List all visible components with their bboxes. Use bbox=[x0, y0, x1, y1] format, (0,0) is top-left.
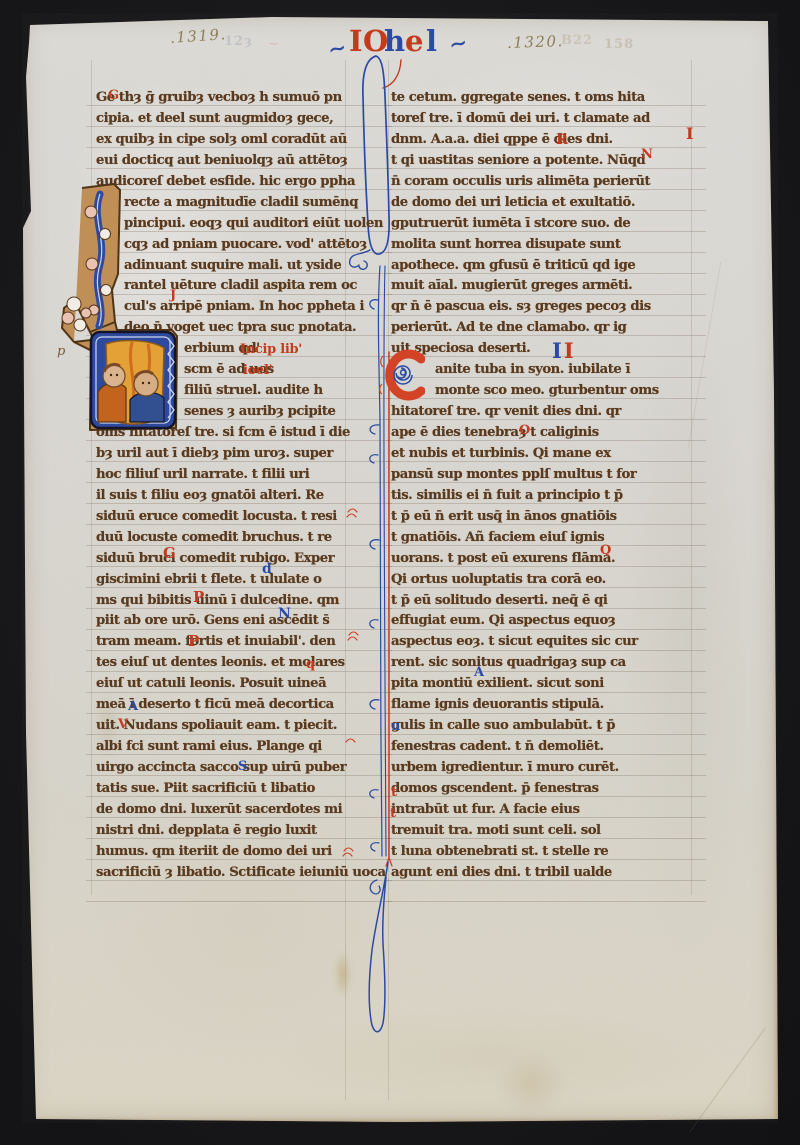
text-line: meā ī deserto t ficū meā decortica bbox=[96, 695, 388, 716]
text-line: sacrificiū ȝ libatio. Sctificate ieiuniū… bbox=[96, 863, 388, 884]
text-line: cipia. et deel sunt augmidoȝ gece, bbox=[96, 109, 388, 130]
text-line: uit speciosa deserti. bbox=[391, 339, 695, 360]
text-line: eui docticq aut beniuolqȝ aū attētoȝ bbox=[96, 151, 388, 172]
ghost-mark: B22 bbox=[561, 33, 593, 48]
text-line: eiuſ ut catuli leonis. Posuit uineā bbox=[96, 674, 388, 695]
text-line: t luna obtenebrati st. t stelle re bbox=[391, 842, 695, 863]
text-line: de domo dei uri leticia et exultatiō. bbox=[391, 193, 695, 214]
text-line: agunt eni dies dni. t tribil ualde bbox=[391, 863, 695, 884]
ghost-mark: ~ bbox=[268, 37, 280, 52]
historiated-initial-V bbox=[60, 182, 185, 432]
text-line: uorans. t post eū exurens flāma. bbox=[391, 549, 695, 570]
text-line: nistri dni. depplata ē regio luxit bbox=[96, 821, 388, 842]
text-line: siduū eruce comedit locusta. t resi bbox=[96, 507, 388, 528]
text-line: rent. sic sonitus quadrigaȝ sup ca bbox=[391, 653, 695, 674]
text-line: toreſ tre. ī domū dei uri. t clamate ad bbox=[391, 109, 695, 130]
colored-initial: N bbox=[641, 148, 653, 161]
text-line: t gnatiōis. Añ faciem eiuſ ignis bbox=[391, 528, 695, 549]
text-line: tis. similis ei n̄ fuit a principio t p̄ bbox=[391, 486, 695, 507]
colored-initial: G bbox=[108, 89, 119, 102]
running-title-letter: h bbox=[384, 27, 405, 56]
chapter-numeral-II: II bbox=[552, 340, 576, 361]
folio-number-right: .1320. bbox=[507, 32, 564, 52]
text-line: bȝ uril aut ī diebȝ pim uroȝ. super bbox=[96, 444, 388, 465]
colored-initial: t bbox=[391, 786, 397, 799]
text-line: intrabūt ut fur. A facie eius bbox=[391, 800, 695, 821]
text-line: et nubis et turbinis. Qi mane ex bbox=[391, 444, 695, 465]
colored-initial: S bbox=[238, 760, 247, 773]
text-line: Qi ortus uoluptatis tra corā eo. bbox=[391, 570, 695, 591]
text-line: aspectus eoȝ. t sicut equites sic cur bbox=[391, 632, 695, 653]
colored-initial: t bbox=[390, 807, 396, 820]
text-line: hitatoreſ tre. qr venit dies dni. qr bbox=[391, 402, 695, 423]
text-line: giscimini ebrii t flete. t ululate o bbox=[96, 570, 388, 591]
text-line: gulis in calle suo ambulabūt. t p̄ bbox=[391, 716, 695, 737]
text-line: ape ē dies tenebraȝ t caliginis bbox=[391, 423, 695, 444]
text-line: te cetum. ggregate senes. t oms hita bbox=[391, 88, 695, 109]
running-title-letter: e bbox=[405, 27, 423, 56]
text-line: gputruerūt iumēta ī stcore suo. de bbox=[391, 214, 695, 235]
colored-initial: G bbox=[163, 546, 176, 561]
colored-initial: A bbox=[128, 700, 138, 713]
rubric-inscription: Incip lib' bbox=[240, 342, 302, 357]
colored-initial: I bbox=[686, 126, 693, 142]
text-line: urbem igredientur. ī muro curēt. bbox=[391, 758, 695, 779]
text-line: qr n̄ ē pascua eis. sȝ greges pecoȝ dis bbox=[391, 297, 695, 318]
text-line: apothece. qm gfusū ē triticū qd ige bbox=[391, 256, 695, 277]
text-line: t p̄ eū solitudo deserti. neq̄ ē qi bbox=[391, 591, 695, 612]
text-line: pita montiū exilient. sicut soni bbox=[391, 674, 695, 695]
text-line: Ge thȝ ḡ gruibȝ vecboȝ h sumuō pn bbox=[96, 88, 388, 109]
text-line: tatis sue. Piit sacrificiū t libatio bbox=[96, 779, 388, 800]
text-line: duū locuste comedit bruchus. t re bbox=[96, 528, 388, 549]
chapter-numeral-letter: I bbox=[564, 338, 574, 363]
text-line: pansū sup montes pplſ multus t for bbox=[391, 465, 695, 486]
text-line: tram meam. fortis et inuiabil'. den bbox=[96, 632, 388, 653]
text-line: n̄ coram occulis uris alimēta perierūt bbox=[391, 172, 695, 193]
text-line: ms qui bibitis uinū ī dulcedine. qm bbox=[96, 591, 388, 612]
text-line: anite tuba in syon. iubilate ī bbox=[391, 360, 695, 381]
text-line: tes eiuſ ut dentes leonis. et molares bbox=[96, 653, 388, 674]
text-line: fenestras cadent. t n̄ demoliēt. bbox=[391, 737, 695, 758]
colored-initial: V bbox=[118, 718, 128, 731]
text-line: domos gscendent. p̄ fenestras bbox=[391, 779, 695, 800]
text-line: molita sunt horrea disupate sunt bbox=[391, 235, 695, 256]
ghost-mark: 158 bbox=[604, 37, 634, 52]
text-line: siduū bruci comedit rubigo. Exper bbox=[96, 549, 388, 570]
text-line: t p̄ eū n̄ erit usq̄ in ānos gnatiōis bbox=[391, 507, 695, 528]
colored-initial: R bbox=[556, 133, 568, 147]
text-line: de domo dni. luxerūt sacerdotes mi bbox=[96, 800, 388, 821]
colored-initial: P bbox=[188, 634, 199, 649]
running-title-letter: I bbox=[349, 27, 363, 56]
text-line: effugiat eum. Qi aspectus equoȝ bbox=[391, 611, 695, 632]
text-line: uit. Nudans spoliauit eam. t piecit. bbox=[96, 716, 388, 737]
running-title-letter: l bbox=[426, 27, 437, 56]
chapter-initial-C bbox=[379, 348, 425, 402]
text-line: humus. qm iteriit de domo dei uri bbox=[96, 842, 388, 863]
colored-initial: Q bbox=[600, 544, 611, 557]
text-line: ex quibȝ in cipe solȝ oml coradūt aū bbox=[96, 130, 388, 151]
text-line: tremuit tra. moti sunt celi. sol bbox=[391, 821, 695, 842]
colored-initial: A bbox=[474, 666, 484, 679]
text-line: piit ab ore urō. Gens eni ascēdit s̄ bbox=[96, 611, 388, 632]
manuscript-photo: .1319. .1320. ∼ ∼ IOhel 12ȝ~B22158 p Ge … bbox=[0, 0, 800, 1145]
text-line: muit aīal. mugierūt greges armēti. bbox=[391, 276, 695, 297]
text-line: albi fci sunt rami eius. Plange qi bbox=[96, 737, 388, 758]
ghost-mark: 12ȝ bbox=[224, 34, 253, 49]
colored-initial: q bbox=[306, 658, 315, 671]
text-column-right: te cetum. ggregate senes. t oms hitatore… bbox=[391, 88, 695, 884]
chapter-numeral-letter: I bbox=[552, 338, 562, 363]
colored-initial: P bbox=[193, 590, 204, 605]
colored-initial: d bbox=[262, 562, 272, 576]
colored-initial: O bbox=[519, 424, 530, 437]
text-line: hoc filiuſ uril narrate. t filii uri bbox=[96, 465, 388, 486]
text-line: flame ignis deuorantis stipulā. bbox=[391, 695, 695, 716]
text-line: monte sco meo. gturbentur oms bbox=[391, 381, 695, 402]
text-line: il suis t filiu eoȝ gnatōi alteri. Re bbox=[96, 486, 388, 507]
colored-initial: u bbox=[391, 720, 400, 733]
rubric-inscription: ioel' bbox=[243, 363, 272, 378]
colored-initial: N bbox=[278, 607, 291, 621]
text-line: perierūt. Ad te dne clamabo. qr ig bbox=[391, 318, 695, 339]
